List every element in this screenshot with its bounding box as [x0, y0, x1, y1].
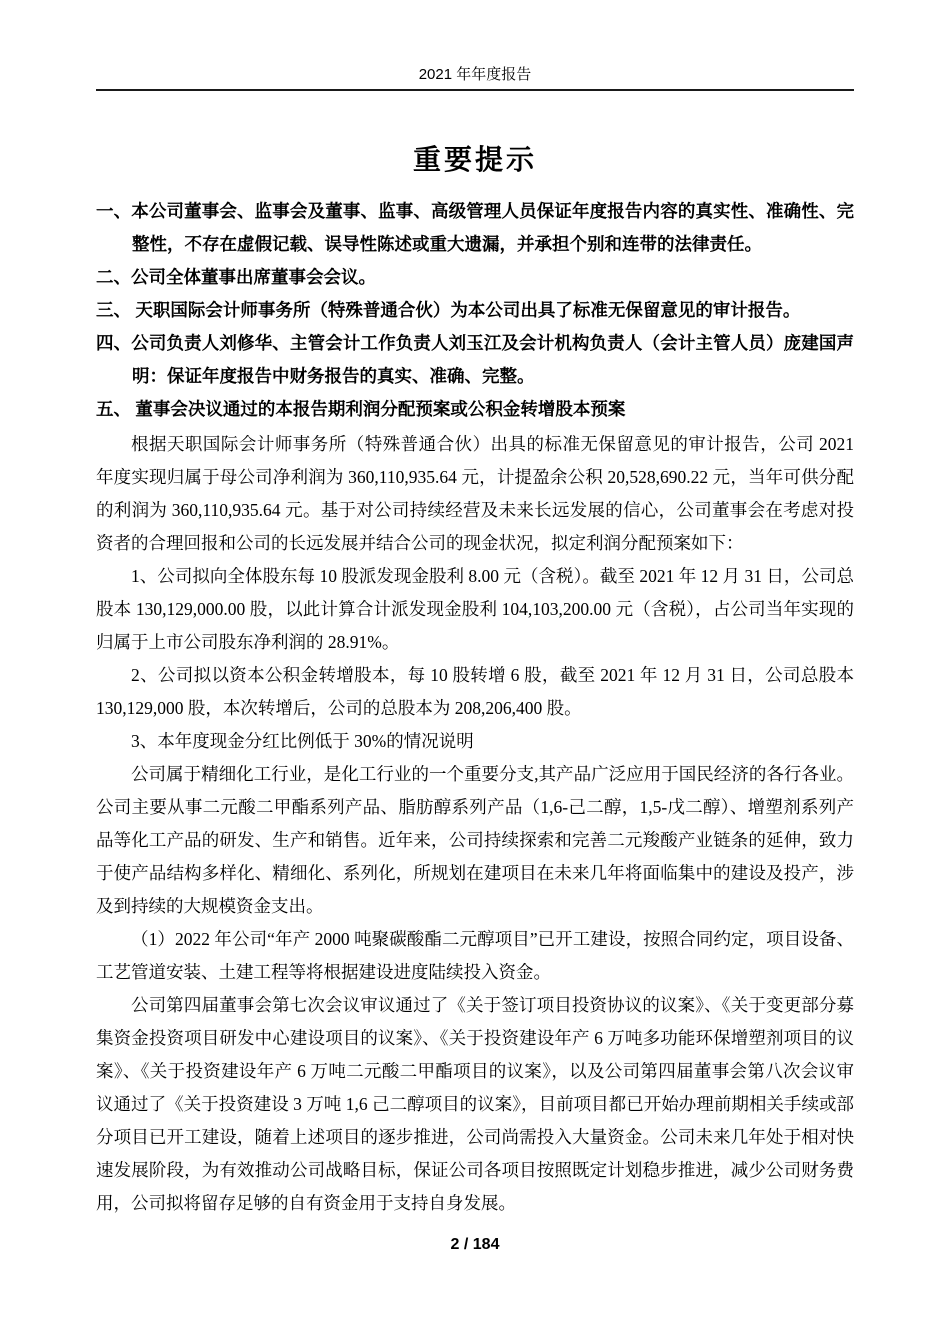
paragraph-dividend-plan: 1、公司拟向全体股东每 10 股派发现金股利 8.00 元（含税）。截至 202… [96, 560, 854, 659]
paragraph-board-resolutions: 公司第四届董事会第七次会议审议通过了《关于签订项目投资协议的议案》、《关于变更部… [96, 989, 854, 1220]
page-title: 重要提示 [96, 141, 854, 179]
paragraph-company-overview: 公司属于精细化工行业，是化工行业的一个重要分支,其产品广泛应用于国民经济的各行各… [96, 758, 854, 923]
notice-item-2: 二、公司全体董事出席董事会会议。 [96, 261, 854, 294]
notice-item-1: 一、本公司董事会、监事会及董事、监事、高级管理人员保证年度报告内容的真实性、准确… [96, 195, 854, 261]
document-body: 根据天职国际会计师事务所（特殊普通合伙）出具的标准无保留意见的审计报告，公司 2… [96, 428, 854, 1220]
paragraph-share-conversion: 2、公司拟以资本公积金转增股本，每 10 股转增 6 股，截至 2021 年 1… [96, 659, 854, 725]
notice-list: 一、本公司董事会、监事会及董事、监事、高级管理人员保证年度报告内容的真实性、准确… [96, 195, 854, 426]
page-number: 2 / 184 [0, 1236, 950, 1254]
paragraph-project-construction: （1）2022 年公司“年产 2000 吨聚碳酸酯二元醇项目”已开工建设，按照合… [96, 923, 854, 989]
paragraph-low-dividend-note: 3、本年度现金分红比例低于 30%的情况说明 [96, 725, 854, 758]
page-header: 2021 年年度报告 [96, 0, 854, 91]
notice-item-4: 四、公司负责人刘修华、主管会计工作负责人刘玉江及会计机构负责人（会计主管人员）庞… [96, 327, 854, 393]
document-page: 2021 年年度报告 重要提示 一、本公司董事会、监事会及董事、监事、高级管理人… [0, 0, 950, 1344]
notice-item-3: 三、 天职国际会计师事务所（特殊普通合伙）为本公司出具了标准无保留意见的审计报告… [96, 294, 854, 327]
paragraph-profit-basis: 根据天职国际会计师事务所（特殊普通合伙）出具的标准无保留意见的审计报告，公司 2… [96, 428, 854, 560]
header-title: 2021 年年度报告 [419, 66, 532, 83]
notice-item-5: 五、 董事会决议通过的本报告期利润分配预案或公积金转增股本预案 [96, 393, 854, 426]
